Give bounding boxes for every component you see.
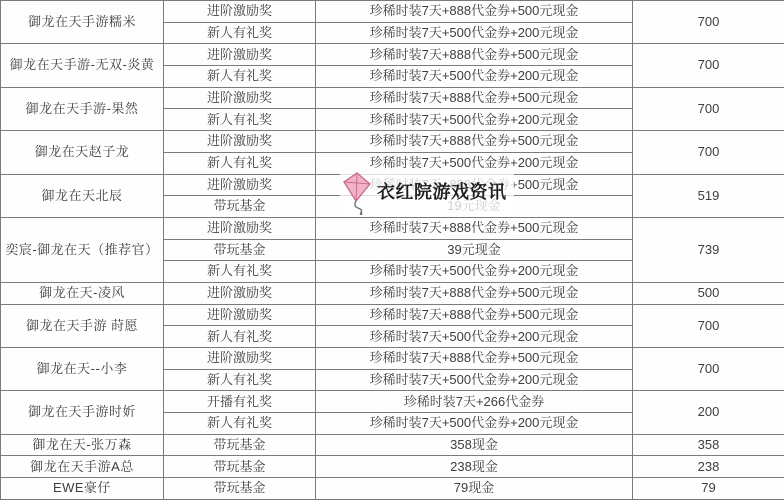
table-row: 御龙在天手游时妡开播有礼奖珍稀时装7天+266代金券200 (1, 391, 784, 413)
anchor-name-cell: 御龙在天手游 莳愿 (1, 304, 164, 347)
anchor-name-cell: 奕宸-御龙在天（推荐官） (1, 217, 164, 282)
reward-desc-cell: 珍稀时装7天+888代金券+500元现金 (316, 282, 633, 304)
reward-desc-cell: 珍稀时装7天+888代金券+500元现金 (316, 217, 633, 239)
reward-desc-cell: 珍稀时装7天+888代金券+500元现金 (316, 131, 633, 153)
prize-type-cell: 进阶激励奖 (164, 304, 316, 326)
table-row: 御龙在天手游-无双-炎黄进阶激励奖珍稀时装7天+888代金券+500元现金700 (1, 44, 784, 66)
prize-type-cell: 新人有礼奖 (164, 326, 316, 348)
reward-desc-cell: 珍稀时装7天+500代金券+200元现金 (316, 22, 633, 44)
reward-desc-cell: 238现金 (316, 456, 633, 478)
table-row: 御龙在天-凌风进阶激励奖珍稀时装7天+888代金券+500元现金500 (1, 282, 784, 304)
prize-type-cell: 进阶激励奖 (164, 217, 316, 239)
prize-type-cell: 进阶激励奖 (164, 282, 316, 304)
prize-type-cell: 新人有礼奖 (164, 109, 316, 131)
anchor-name-cell: 御龙在天手游-果然 (1, 87, 164, 130)
anchor-name-cell: 御龙在天手游时妡 (1, 391, 164, 434)
prize-type-cell: 进阶激励奖 (164, 174, 316, 196)
reward-desc-cell: 19元现金 (316, 196, 633, 218)
total-amount-cell: 700 (633, 304, 784, 347)
total-amount-cell: 500 (633, 282, 784, 304)
reward-desc-cell: 珍稀时装7天+266代金券 (316, 391, 633, 413)
table-row: 奕宸-御龙在天（推荐官）进阶激励奖珍稀时装7天+888代金券+500元现金739 (1, 217, 784, 239)
anchor-name-cell: 御龙在天-张万森 (1, 434, 164, 456)
prize-type-cell: 进阶激励奖 (164, 348, 316, 370)
total-amount-cell: 700 (633, 348, 784, 391)
anchor-name-cell: 御龙在天手游A总 (1, 456, 164, 478)
page: { "watermark": { "text": "衣红院游戏资讯", "kit… (0, 0, 784, 500)
reward-desc-cell: 358现金 (316, 434, 633, 456)
prize-type-cell: 带玩基金 (164, 239, 316, 261)
table-row: 御龙在天手游-果然进阶激励奖珍稀时装7天+888代金券+500元现金700 (1, 87, 784, 109)
reward-desc-cell: 珍稀时装7天+888代金券+500元现金 (316, 44, 633, 66)
table-row: 御龙在天赵子龙进阶激励奖珍稀时装7天+888代金券+500元现金700 (1, 131, 784, 153)
total-amount-cell: 700 (633, 1, 784, 44)
reward-desc-cell: 珍稀时装7天+500代金券+200元现金 (316, 152, 633, 174)
prize-type-cell: 新人有礼奖 (164, 369, 316, 391)
anchor-name-cell: EWE豪仔 (1, 478, 164, 500)
table-row: 御龙在天北辰进阶激励奖珍稀时装7天+888代金券+500元现金519 (1, 174, 784, 196)
reward-desc-cell: 珍稀时装7天+888代金券+500元现金 (316, 1, 633, 23)
prize-type-cell: 新人有礼奖 (164, 152, 316, 174)
total-amount-cell: 700 (633, 131, 784, 174)
reward-desc-cell: 珍稀时装7天+500代金券+200元现金 (316, 66, 633, 88)
prize-type-cell: 新人有礼奖 (164, 66, 316, 88)
reward-desc-cell: 珍稀时装7天+500代金券+200元现金 (316, 261, 633, 283)
anchor-name-cell: 御龙在天手游糯米 (1, 1, 164, 44)
table-row: 御龙在天--小李进阶激励奖珍稀时装7天+888代金券+500元现金700 (1, 348, 784, 370)
prize-type-cell: 进阶激励奖 (164, 1, 316, 23)
total-amount-cell: 739 (633, 217, 784, 282)
table-row: 御龙在天-张万森带玩基金358现金358 (1, 434, 784, 456)
reward-desc-cell: 珍稀时装7天+888代金券+500元现金 (316, 87, 633, 109)
rewards-table-body: 御龙在天手游糯米进阶激励奖珍稀时装7天+888代金券+500元现金700新人有礼… (1, 1, 784, 500)
rewards-table: 御龙在天手游糯米进阶激励奖珍稀时装7天+888代金券+500元现金700新人有礼… (0, 0, 784, 500)
total-amount-cell: 358 (633, 434, 784, 456)
anchor-name-cell: 御龙在天北辰 (1, 174, 164, 217)
prize-type-cell: 带玩基金 (164, 456, 316, 478)
reward-desc-cell: 39元现金 (316, 239, 633, 261)
prize-type-cell: 带玩基金 (164, 196, 316, 218)
anchor-name-cell: 御龙在天--小李 (1, 348, 164, 391)
prize-type-cell: 新人有礼奖 (164, 22, 316, 44)
reward-desc-cell: 珍稀时装7天+888代金券+500元现金 (316, 348, 633, 370)
prize-type-cell: 进阶激励奖 (164, 87, 316, 109)
total-amount-cell: 700 (633, 87, 784, 130)
table-row: EWE豪仔带玩基金79现金79 (1, 478, 784, 500)
prize-type-cell: 新人有礼奖 (164, 413, 316, 435)
anchor-name-cell: 御龙在天-凌风 (1, 282, 164, 304)
prize-type-cell: 进阶激励奖 (164, 44, 316, 66)
table-row: 御龙在天手游糯米进阶激励奖珍稀时装7天+888代金券+500元现金700 (1, 1, 784, 23)
total-amount-cell: 238 (633, 456, 784, 478)
anchor-name-cell: 御龙在天手游-无双-炎黄 (1, 44, 164, 87)
total-amount-cell: 200 (633, 391, 784, 434)
prize-type-cell: 带玩基金 (164, 478, 316, 500)
reward-desc-cell: 珍稀时装7天+888代金券+500元现金 (316, 304, 633, 326)
reward-desc-cell: 珍稀时装7天+500代金券+200元现金 (316, 369, 633, 391)
table-row: 御龙在天手游 莳愿进阶激励奖珍稀时装7天+888代金券+500元现金700 (1, 304, 784, 326)
reward-desc-cell: 珍稀时装7天+888代金券+500元现金 (316, 174, 633, 196)
prize-type-cell: 开播有礼奖 (164, 391, 316, 413)
reward-desc-cell: 珍稀时装7天+500代金券+200元现金 (316, 413, 633, 435)
prize-type-cell: 进阶激励奖 (164, 131, 316, 153)
reward-desc-cell: 珍稀时装7天+500代金券+200元现金 (316, 109, 633, 131)
anchor-name-cell: 御龙在天赵子龙 (1, 131, 164, 174)
total-amount-cell: 79 (633, 478, 784, 500)
prize-type-cell: 新人有礼奖 (164, 261, 316, 283)
table-row: 御龙在天手游A总带玩基金238现金238 (1, 456, 784, 478)
reward-desc-cell: 79现金 (316, 478, 633, 500)
total-amount-cell: 519 (633, 174, 784, 217)
prize-type-cell: 带玩基金 (164, 434, 316, 456)
reward-desc-cell: 珍稀时装7天+500代金券+200元现金 (316, 326, 633, 348)
total-amount-cell: 700 (633, 44, 784, 87)
